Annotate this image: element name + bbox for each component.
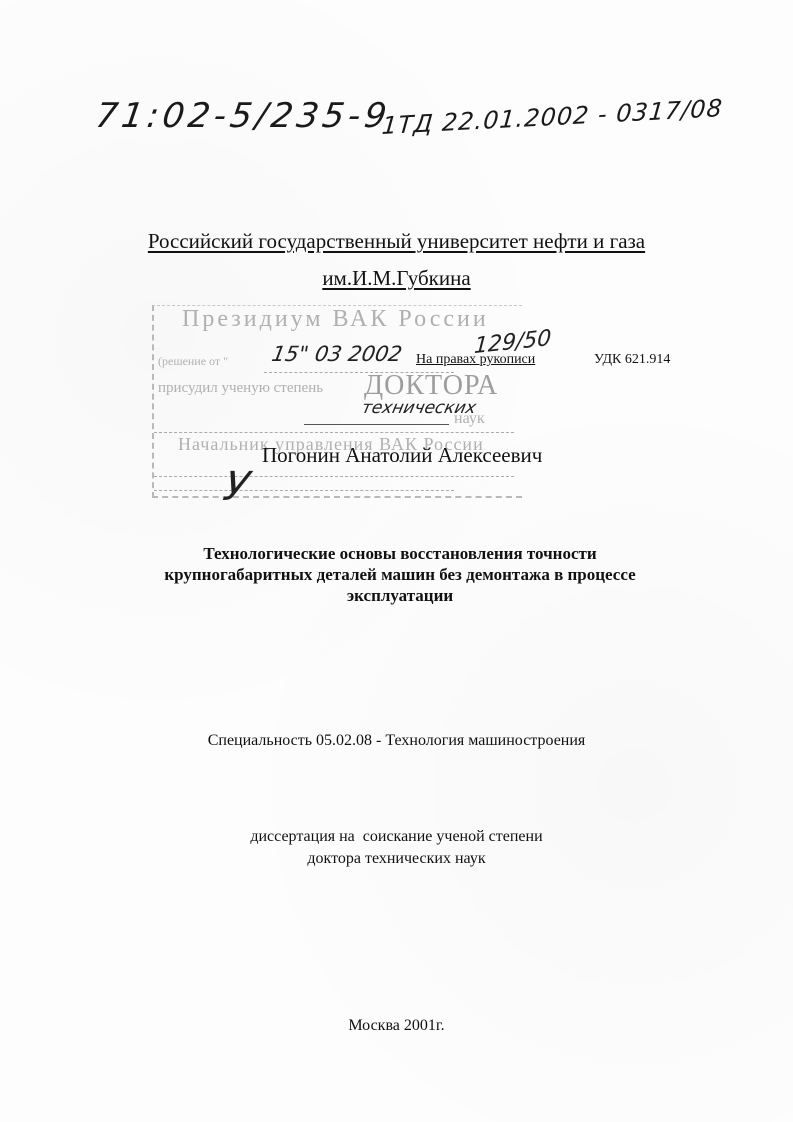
stamp-awarded-label: присудил ученую степень	[158, 380, 323, 397]
degree-statement: диссертация на соискание ученой степени …	[0, 826, 793, 870]
stamp-decision-label: (решение от "	[158, 354, 228, 369]
author-name: Погонин Анатолий Алексеевич	[262, 443, 542, 468]
handwritten-registration-number: 71:02-5/235-9	[93, 96, 393, 136]
stamp-signature: У	[220, 464, 252, 510]
university-named-after: им.И.М.Губкина	[0, 266, 793, 291]
university-named-after-text: им.И.М.Губкина	[322, 266, 470, 290]
degree-line-1: диссертация на соискание ученой степени	[0, 826, 793, 848]
university-name-text: Российский государственный университет н…	[148, 229, 645, 253]
stamp-rule	[154, 432, 514, 433]
stamp-rule	[154, 476, 514, 477]
udk-code: УДК 621.914	[594, 352, 670, 368]
specialty: Специальность 05.02.08 - Технология маши…	[0, 732, 793, 750]
city-year: Москва 2001г.	[0, 1017, 793, 1035]
title-line-1: Технологические основы восстановления то…	[100, 543, 700, 564]
title-line-3: эксплуатации	[100, 585, 700, 606]
dissertation-title: Технологические основы восстановления то…	[100, 543, 700, 606]
manuscript-rights-note: На правах рукописи	[416, 352, 535, 368]
stamp-header: Президиум ВАК России	[182, 306, 489, 333]
degree-line-2: доктора технических наук	[0, 848, 793, 870]
university-name: Российский государственный университет н…	[0, 229, 793, 254]
stamp-handwritten-date: 15" 03 2002	[270, 342, 404, 366]
handwritten-receipt-mark: 1ТД 22.01.2002 - 0317/08	[381, 94, 724, 140]
vak-stamp: Президиум ВАК России (решение от " прису…	[152, 305, 522, 498]
title-line-2: крупногабаритных деталей машин без демон…	[100, 564, 700, 585]
stamp-handwritten-field: технических	[360, 398, 478, 418]
stamp-field-rule	[304, 424, 449, 425]
stamp-rule	[154, 490, 454, 491]
